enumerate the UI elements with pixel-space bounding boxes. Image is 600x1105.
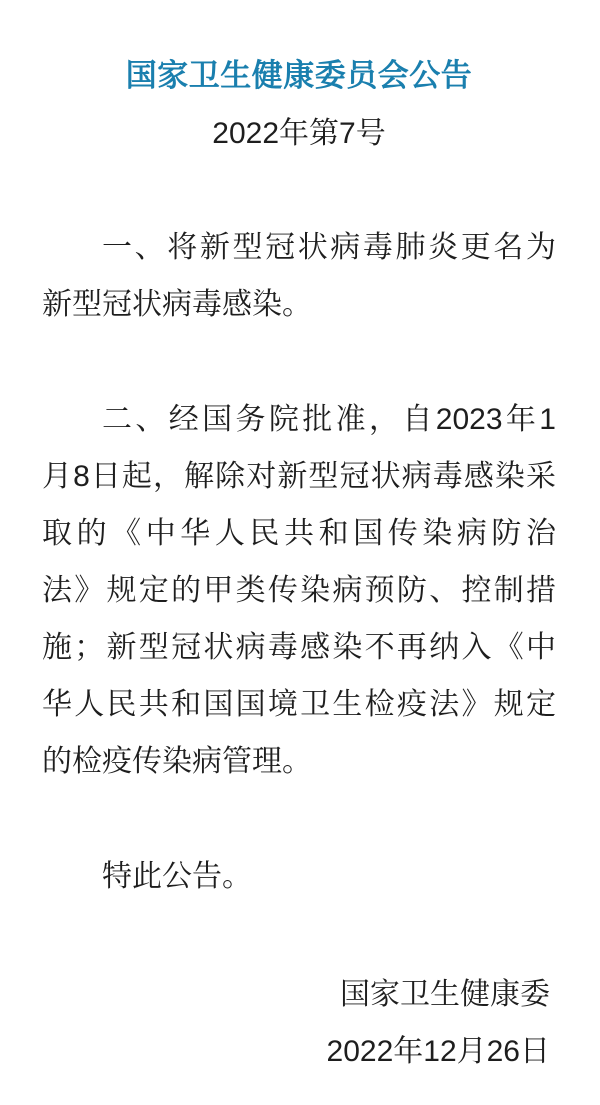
text-line: 法》规定的甲类传染病预防、控制措: [42, 562, 556, 619]
signature-date: 2022年12月26日: [42, 1023, 550, 1080]
closing-line: 特此公告。: [42, 848, 556, 905]
paragraph: 二、经国务院批准，自2023年1月8日起，解除对新型冠状病毒感染采取的《中华人民…: [42, 391, 556, 790]
document-number: 2022年第7号: [42, 116, 556, 152]
text-line: 的检疫传染病管理。: [42, 733, 556, 790]
announcement-document: 国家卫生健康委员会公告 2022年第7号 一、将新型冠状病毒肺炎更名为新型冠状病…: [0, 0, 600, 1105]
paragraph: 一、将新型冠状病毒肺炎更名为新型冠状病毒感染。: [42, 219, 556, 333]
text-line: 施；新型冠状病毒感染不再纳入《中: [42, 619, 556, 676]
text-line: 二、经国务院批准，自2023年1: [42, 391, 556, 448]
signature-block: 国家卫生健康委 2022年12月26日: [42, 966, 556, 1080]
document-title: 国家卫生健康委员会公告: [42, 58, 556, 94]
signature-name: 国家卫生健康委: [42, 966, 550, 1023]
text-line: 新型冠状病毒感染。: [42, 276, 556, 333]
text-line: 一、将新型冠状病毒肺炎更名为: [42, 219, 556, 276]
text-line: 月8日起，解除对新型冠状病毒感染采: [42, 448, 556, 505]
text-line: 华人民共和国国境卫生检疫法》规定: [42, 676, 556, 733]
document-body: 一、将新型冠状病毒肺炎更名为新型冠状病毒感染。二、经国务院批准，自2023年1月…: [42, 219, 556, 790]
text-line: 取的《中华人民共和国传染病防治: [42, 505, 556, 562]
